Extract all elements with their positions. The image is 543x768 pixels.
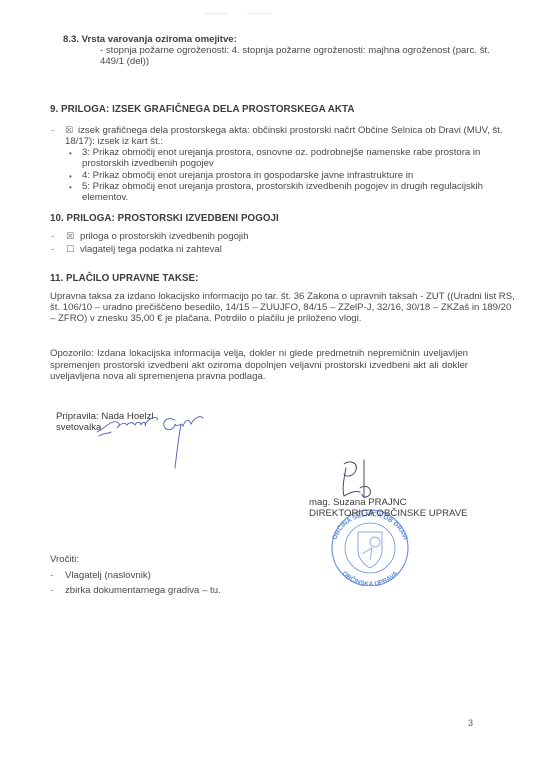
list-dash: - — [51, 231, 61, 243]
bullet-icon: • — [69, 171, 72, 183]
section-9-bullet-5-line-1: 5: Prikaz območij enot urejanja prostora… — [82, 181, 483, 193]
list-dash: - — [50, 570, 60, 582]
section-10-item-2: vlagatelj tega podatka ni zahteval — [80, 244, 222, 256]
section-9-item-line-1: izsek grafičnega dela prostorskega akta:… — [78, 125, 503, 137]
section-8-3-line-2: 449/1 (del)) — [100, 56, 149, 68]
section-10-item-1: priloga o prostorskih izvedbenih pogojih — [80, 231, 249, 243]
section-8-3-heading: 8.3. Vrsta varovanja oziroma omejitve: — [63, 34, 237, 46]
section-8-3-line-1: - stopnja požarne ogroženosti: 4. stopnj… — [100, 45, 490, 57]
section-9-bullet-4-line-1: 4: Prikaz območij enot urejanja prostora… — [82, 170, 413, 182]
section-9-bullet-3-line-1: 3: Prikaz območij enot urejanja prostora… — [82, 147, 480, 159]
director-name: mag. Suzana PRAJNC — [309, 497, 407, 509]
warning-line-2: spremenjen prostorski izvedbeni akt ozir… — [50, 360, 468, 372]
checked-checkbox-icon: ☒ — [66, 231, 74, 243]
list-dash: - — [51, 125, 61, 137]
official-stamp-icon: OBČINA SELNICA OB DRAVI OBČINSKA UPRAVA — [320, 508, 420, 586]
section-9-bullet-3-line-2: prostorskih izvedbenih pogojev — [82, 158, 214, 170]
warning-line-1: Opozorilo: Izdana lokacijska informacija… — [50, 348, 468, 360]
section-9-heading: 9. PRILOGA: IZSEK GRAFIČNEGA DELA PROSTO… — [50, 104, 354, 116]
delivery-heading: Vročiti: — [50, 554, 79, 566]
scan-bleed-through — [205, 7, 325, 13]
delivery-item-1: Vlagatelj (naslovnik) — [65, 570, 151, 582]
unchecked-checkbox-icon: ☐ — [66, 244, 74, 256]
section-11-heading: 11. PLAČILO UPRAVNE TAKSE: — [50, 273, 198, 285]
section-11-line-3: – ZFRO) v znesku 35,00 € je plačana. Pot… — [50, 313, 361, 325]
bullet-icon: • — [69, 148, 72, 160]
director-title: DIREKTORICA OBČINSKE UPRAVE — [309, 508, 468, 520]
section-10-heading: 10. PRILOGA: PROSTORSKI IZVEDBENI POGOJI — [50, 213, 279, 225]
bullet-icon: • — [69, 182, 72, 194]
section-9-item-line-2: 18/17): izsek iz kart št.: — [65, 136, 163, 148]
section-11-line-2: št. 106/10 – uradno prečiščeno besedilo,… — [50, 302, 511, 314]
list-dash: - — [51, 244, 61, 256]
handwritten-signature-icon — [95, 410, 215, 470]
warning-paragraph: Opozorilo: Izdana lokacijska informacija… — [50, 348, 468, 383]
section-11-line-1: Upravna taksa za izdano lokacijsko infor… — [50, 291, 515, 303]
list-dash: - — [50, 585, 60, 597]
delivery-item-2: zbirka dokumentarnega gradiva – tu. — [65, 585, 221, 597]
warning-line-3: uveljavljena nova ali spremenjena pravna… — [50, 371, 468, 383]
section-9-bullet-5-line-2: elementov. — [82, 192, 128, 204]
page-number: 3 — [468, 718, 473, 730]
svg-text:OBČINSKA UPRAVA: OBČINSKA UPRAVA — [341, 570, 400, 586]
checked-checkbox-icon: ☒ — [65, 125, 73, 137]
